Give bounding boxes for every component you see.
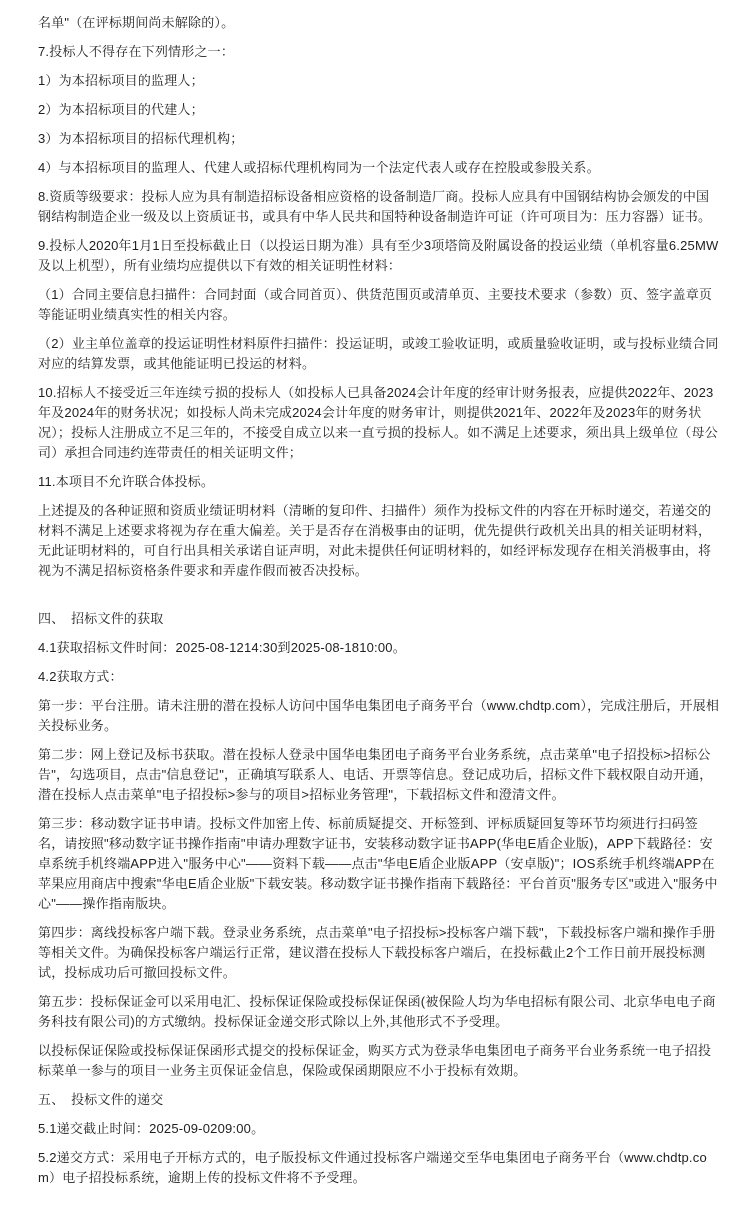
paragraph: 5.1递交截止时间：2025-09-0209:00。 — [38, 1119, 721, 1139]
section-heading: 四、 招标文件的获取 — [38, 609, 721, 629]
paragraph: 第四步：离线投标客户端下载。登录业务系统，点击菜单"电子招投标>投标客户端下载"… — [38, 923, 721, 983]
paragraph: 10.招标人不接受近三年连续亏损的投标人（如投标人已具备2024会计年度的经审计… — [38, 383, 721, 463]
document-body: 名单"（在评标期间尚未解除的）。7.投标人不得存在下列情形之一：1）为本招标项目… — [38, 13, 721, 1188]
paragraph: 以投标保证保险或投标保证保函形式提交的投标保证金，购买方式为登录华电集团电子商务… — [38, 1041, 721, 1081]
paragraph: 第一步：平台注册。请未注册的潜在投标人访问中国华电集团电子商务平台（www.ch… — [38, 696, 721, 736]
paragraph: 4.2获取方式： — [38, 667, 721, 687]
paragraph: 5.2递交方式：采用电子开标方式的，电子版投标文件通过投标客户端递交至华电集团电… — [38, 1148, 721, 1188]
paragraph: 1）为本招标项目的监理人； — [38, 71, 721, 91]
paragraph: 第五步：投标保证金可以采用电汇、投标保证保险或投标保证保函(被保险人均为华电招标… — [38, 992, 721, 1032]
paragraph: 4.1获取招标文件时间：2025-08-1214:30到2025-08-1810… — [38, 638, 721, 658]
paragraph: 8.资质等级要求：投标人应为具有制造招标设备相应资格的设备制造厂商。投标人应具有… — [38, 187, 721, 227]
paragraph: 3）为本招标项目的招标代理机构； — [38, 129, 721, 149]
paragraph: （2）业主单位盖章的投运证明性材料原件扫描件：投运证明，或竣工验收证明，或质量验… — [38, 334, 721, 374]
paragraph: 7.投标人不得存在下列情形之一： — [38, 42, 721, 62]
paragraph: 11.本项目不允许联合体投标。 — [38, 472, 721, 492]
paragraph: 4）与本招标项目的监理人、代建人或招标代理机构同为一个法定代表人或存在控股或参股… — [38, 158, 721, 178]
paragraph: 第二步：网上登记及标书获取。潜在投标人登录中国华电集团电子商务平台业务系统，点击… — [38, 745, 721, 805]
paragraph: 9.投标人2020年1月1日至投标截止日（以投运日期为准）具有至少3项塔筒及附属… — [38, 236, 721, 276]
paragraph: 上述提及的各种证照和资质业绩证明材料（清晰的复印件、扫描件）须作为投标文件的内容… — [38, 501, 721, 581]
paragraph: 第三步：移动数字证书申请。投标文件加密上传、标前质疑提交、开标签到、评标质疑回复… — [38, 814, 721, 914]
paragraph: （1）合同主要信息扫描件：合同封面（或合同首页）、供货范围页或清单页、主要技术要… — [38, 285, 721, 325]
paragraph: 2）为本招标项目的代建人； — [38, 100, 721, 120]
document-page: 名单"（在评标期间尚未解除的）。7.投标人不得存在下列情形之一：1）为本招标项目… — [0, 0, 756, 1221]
section-heading: 五、 投标文件的递交 — [38, 1090, 721, 1110]
paragraph: 名单"（在评标期间尚未解除的）。 — [38, 13, 721, 33]
